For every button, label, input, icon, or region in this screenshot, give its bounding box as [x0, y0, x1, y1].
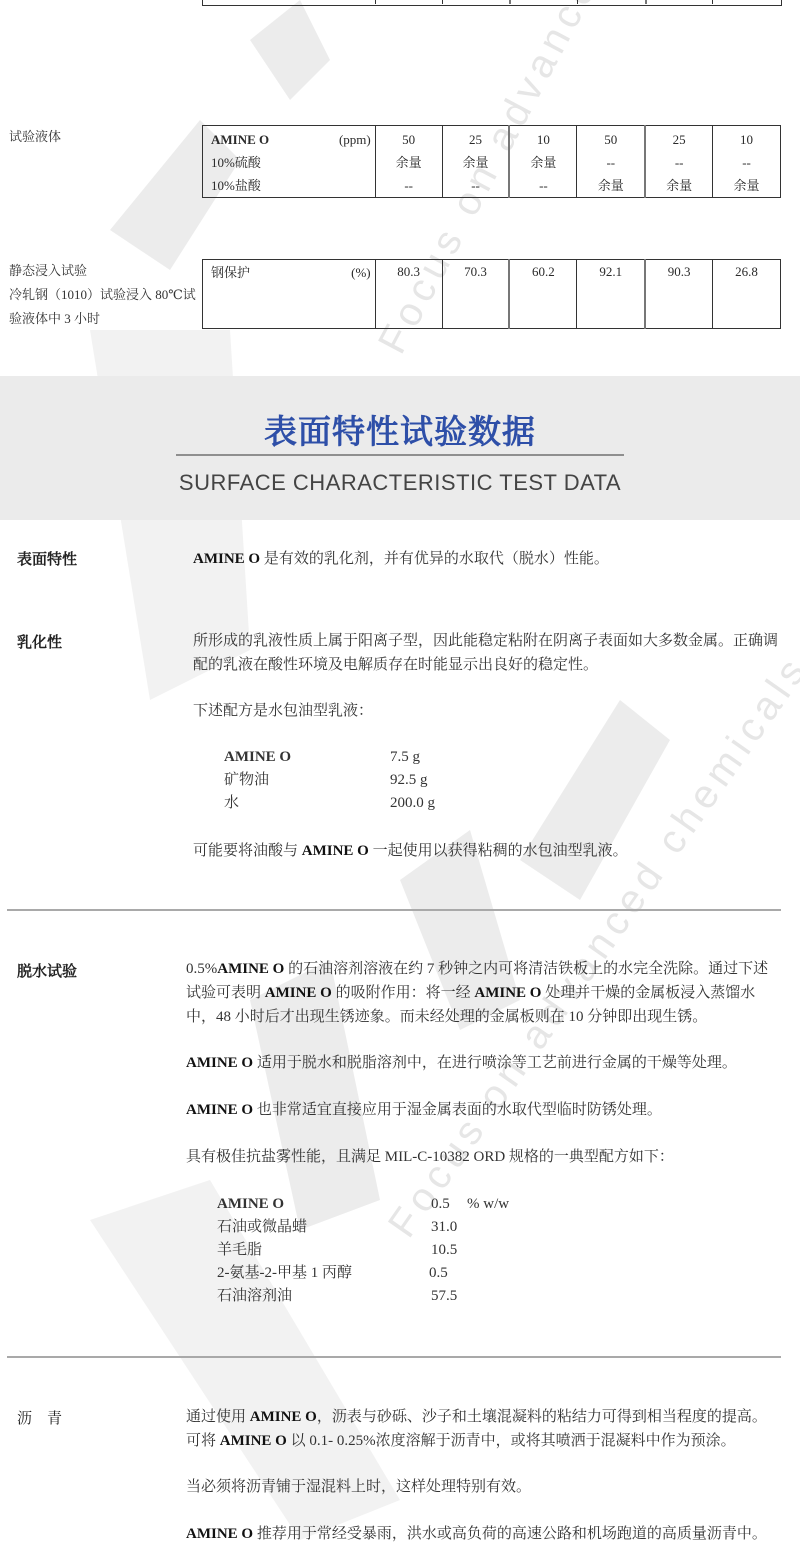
asphalt-paragraph-3: AMINE O 推荐用于常经受暴雨，洪水或高负荷的高速公路和机场跑道的高质量沥青…	[186, 1522, 796, 1546]
dewater-paragraph-2: AMINE O 适用于脱水和脱脂溶剂中，在进行喷涂等工艺前进行金属的干燥等处理。	[186, 1051, 786, 1075]
dewater-paragraph-1: 0.5%AMINE O 的石油溶剂溶液在约 7 秒钟之内可将清洁铁板上的水完全洗…	[186, 957, 778, 1029]
section-divider	[7, 1356, 781, 1358]
section-title-asphalt: 沥 青	[17, 1407, 62, 1428]
banner-title: 表面特性试验数据	[0, 406, 800, 453]
salt-spray-formula: AMINE O0.5% w/w 石油或微晶蜡31.0 羊毛脂10.5 2-氨基-…	[217, 1193, 509, 1308]
asphalt-paragraph-1: 通过使用 AMINE O，沥表与砂砾、沙子和土壤混凝料的粘结力可得到相当程度的提…	[186, 1405, 780, 1453]
test-column-5: 25--余量	[645, 126, 712, 198]
emulsify-paragraph-2: 下述配方是水包油型乳液：	[193, 699, 783, 723]
section-title-dewater: 脱水试验	[17, 960, 77, 981]
section-title-emulsify: 乳化性	[17, 631, 62, 652]
protection-value: 60.2	[509, 260, 576, 329]
emulsion-formula: AMINE O7.5 g 矿物油92.5 g 水200.0 g	[224, 746, 435, 815]
steel-protection-label: 钢保护	[211, 265, 250, 280]
ppm-unit: (ppm)	[339, 128, 371, 151]
test-column-1: 50余量--	[375, 126, 442, 198]
protection-value: 70.3	[442, 260, 509, 329]
dewater-paragraph-3: AMINE O 也非常适宜直接应用于湿金属表面的水取代型临时防锈处理。	[186, 1098, 786, 1122]
row-labels-cell: AMINE O (ppm) 10%硫酸 10%盐酸	[203, 126, 376, 198]
test-column-2: 25余量--	[442, 126, 509, 198]
dewater-paragraph-4: 具有极佳抗盐雾性能，且满足 MIL-C-10382 ORD 规格的一典型配方如下…	[186, 1145, 786, 1169]
sulfuric-acid-label: 10%硫酸	[211, 151, 375, 174]
emulsify-paragraph-3: 可能要将油酸与 AMINE O 一起使用以获得粘稠的水包油型乳液。	[193, 839, 783, 863]
clipped-table-remnant	[202, 0, 782, 6]
section-title-surface: 表面特性	[17, 548, 77, 569]
immersion-table: 钢保护 (%) 80.3 70.3 60.2 92.1 90.3 26.8	[202, 259, 781, 329]
section-divider	[7, 909, 781, 911]
protection-value: 90.3	[645, 260, 712, 329]
test-column-3: 10余量--	[509, 126, 576, 198]
banner-subtitle: SURFACE CHARACTERISTIC TEST DATA	[0, 470, 800, 496]
steel-protection-label-cell: 钢保护 (%)	[203, 260, 376, 329]
test-liquid-table: AMINE O (ppm) 10%硫酸 10%盐酸 50余量-- 25余量-- …	[202, 125, 781, 198]
test-column-6: 10--余量	[713, 126, 781, 198]
hydrochloric-acid-label: 10%盐酸	[211, 174, 375, 197]
amine-o-label: AMINE O	[211, 132, 269, 147]
test-liquid-label: 试验液体	[9, 125, 61, 149]
banner-divider	[176, 454, 624, 456]
surface-paragraph: AMINE O 是有效的乳化剂，并有优异的水取代（脱水）性能。	[193, 547, 783, 571]
section-banner: 表面特性试验数据 SURFACE CHARACTERISTIC TEST DAT…	[0, 376, 800, 520]
percent-unit: (%)	[351, 261, 371, 284]
test-column-4: 50--余量	[577, 126, 645, 198]
emulsify-paragraph-1: 所形成的乳液性质上属于阳离子型，因此能稳定粘附在阴离子表面如大多数金属。正确调配…	[193, 629, 783, 677]
protection-value: 80.3	[375, 260, 442, 329]
asphalt-paragraph-2: 当必须将沥青铺于湿混料上时，这样处理特别有效。	[186, 1475, 786, 1499]
protection-value: 26.8	[713, 260, 781, 329]
immersion-test-label: 静态浸入试验 冷轧钢（1010）试验浸入 80℃试 验液体中 3 小时	[9, 259, 196, 331]
protection-value: 92.1	[577, 260, 645, 329]
formula-unit: % w/w	[467, 1193, 509, 1216]
